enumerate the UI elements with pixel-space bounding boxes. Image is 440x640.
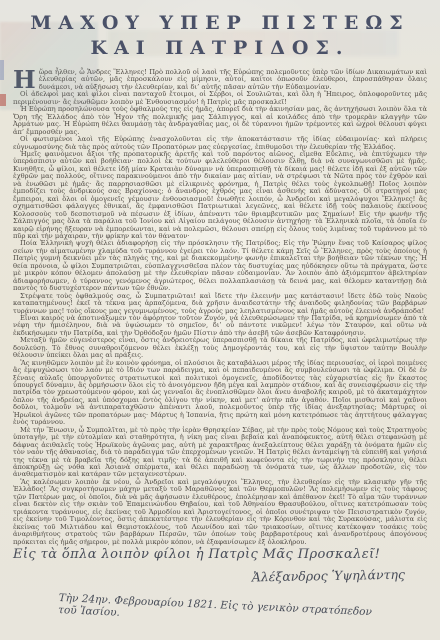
- dateline: Τὴν 24ην. Φεβρουαρίου 1821. Εἰς τὸ γενικ…: [58, 592, 389, 631]
- body-paragraph: Ποία Ἑλληνικὴ ψυχὴ θέλει ἀδιαφορήσῃ εἰς …: [13, 240, 427, 292]
- body-paragraph: Ἂς κινηθῶμεν λοιπὸν μὲ ἓν κοινὸν φρόνημα…: [13, 360, 427, 427]
- body-paragraph: Ἡμεῖς φαινόμενοι ἄξιοι τῆς προπατορικῆς …: [13, 151, 427, 240]
- document-title: ΜΑΧΟΥ ΥΠΕΡ ΠΙΣΤΕΩΣ ΚΑΙ ΠΑΤΡΙΔΟΣ.: [13, 12, 427, 60]
- signature: Ἀλέξανδρος Ὑψηλάντης: [13, 566, 427, 588]
- body-paragraph: Ἡ Εὐρώπη προσηλώνουσα τοὺς ὀφθαλμούς της…: [13, 106, 427, 136]
- body-paragraph: Μεταξὺ ἡμῶν εὐγενέστερος εἶναι, ὅστις ἀν…: [13, 337, 427, 359]
- document-body: Ηὥρα ἦλθεν, ὦ Ἄνδρες Ἕλληνες! Πρὸ πολλοῦ…: [13, 69, 427, 546]
- document-title-line1: ΜΑΧΟΥ ΥΠΕΡ ΠΙΣΤΕΩΣ: [13, 12, 427, 35]
- call-to-arms-line: Εἰς τὰ ὅπλα λοιπὸν φίλοι ἡ Πατρὶς Μᾶς Πρ…: [13, 547, 427, 562]
- scan-edge-mark: [0, 60, 4, 80]
- paragraph-text: ὥρα ἦλθεν, ὦ Ἄνδρες Ἕλληνες! Πρὸ πολλοῦ …: [39, 68, 427, 91]
- proclamation-document: ΜΑΧΟΥ ΥΠΕΡ ΠΙΣΤΕΩΣ ΚΑΙ ΠΑΤΡΙΔΟΣ. Ηὥρα ἦλ…: [0, 0, 440, 640]
- body-paragraph: Στρέψατε τοὺς ὀφθαλμούς σας, ὦ Συμπατριῶ…: [13, 293, 427, 315]
- body-paragraph: Εἶναι καιρὸς νὰ ἀποτινάξωμεν τὸν ἀφόρητο…: [13, 315, 427, 337]
- body-paragraph: Ηὥρα ἦλθεν, ὦ Ἄνδρες Ἕλληνες! Πρὸ πολλοῦ…: [13, 69, 427, 91]
- body-paragraph: Μὲ τὴν Ἕνωσιν, ὦ Συμπολῖται, μὲ τὸ πρὸς …: [13, 427, 427, 479]
- drop-cap-letter: Η: [13, 69, 39, 90]
- body-paragraph: Οἱ φωτισμένοι λαοὶ τῆς Εὐρώπης ἐνασχολοῦ…: [13, 136, 427, 151]
- scan-edge-mark: [0, 94, 6, 106]
- document-title-line2: ΚΑΙ ΠΑΤΡΙΔΟΣ.: [13, 37, 427, 60]
- body-paragraph: Ἂς καλέσωμεν λοιπὸν ἐκ νέου, ὦ Ἀνδρεῖοι …: [13, 479, 427, 546]
